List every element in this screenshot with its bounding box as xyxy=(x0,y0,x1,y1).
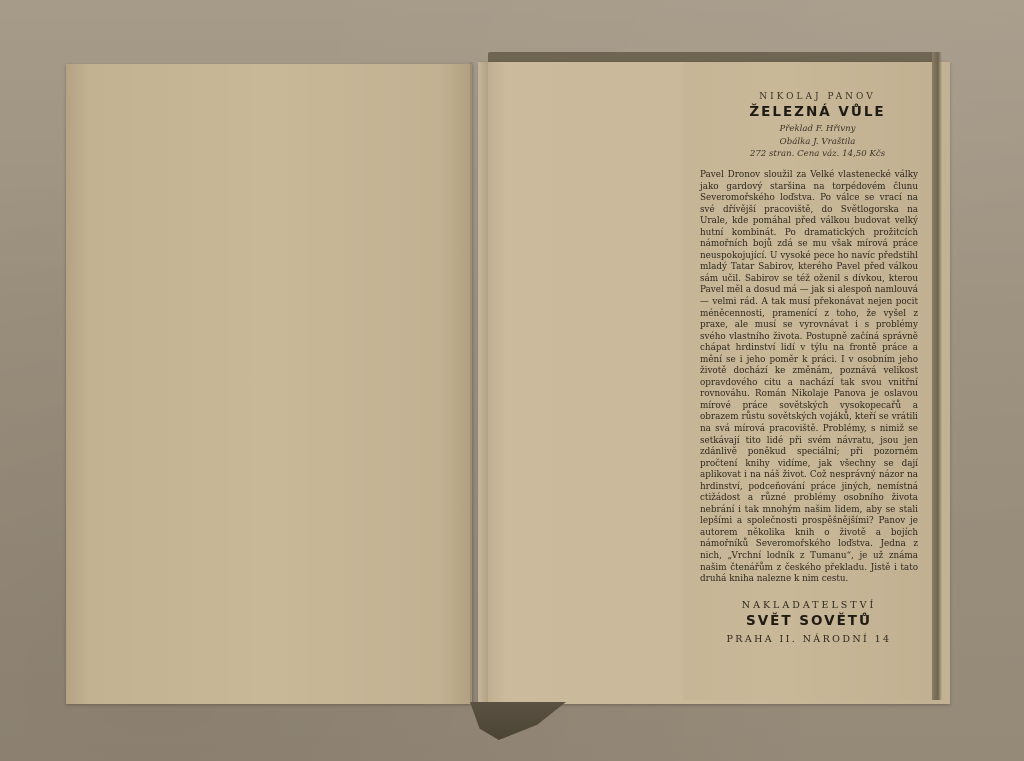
book-spine-gutter xyxy=(470,62,488,704)
translator-credit: Překlad F. Hřivny xyxy=(700,124,935,136)
cover-artist-credit: Obálka J. Vraštila xyxy=(700,137,935,149)
publisher-name: SVĚT SOVĚTŮ xyxy=(700,616,918,628)
publisher-address: PRAHA II. NÁRODNÍ 14 xyxy=(700,634,918,646)
photo-scene: NIKOLAJ PANOV ŽELEZNÁ VŮLE Překlad F. Hř… xyxy=(0,0,1024,761)
left-endpaper-blank xyxy=(66,64,472,704)
flap-text-block: NIKOLAJ PANOV ŽELEZNÁ VŮLE Překlad F. Hř… xyxy=(700,92,935,645)
author-name: NIKOLAJ PANOV xyxy=(700,92,935,104)
book-blurb: Pavel Dronov sloužil za Velké vlasteneck… xyxy=(700,170,918,586)
publisher-label: NAKLADATELSTVÍ xyxy=(700,600,918,612)
pages-and-price: 272 stran. Cena váz. 14,50 Kčs xyxy=(700,149,935,161)
book-title: ŽELEZNÁ VŮLE xyxy=(700,107,935,119)
